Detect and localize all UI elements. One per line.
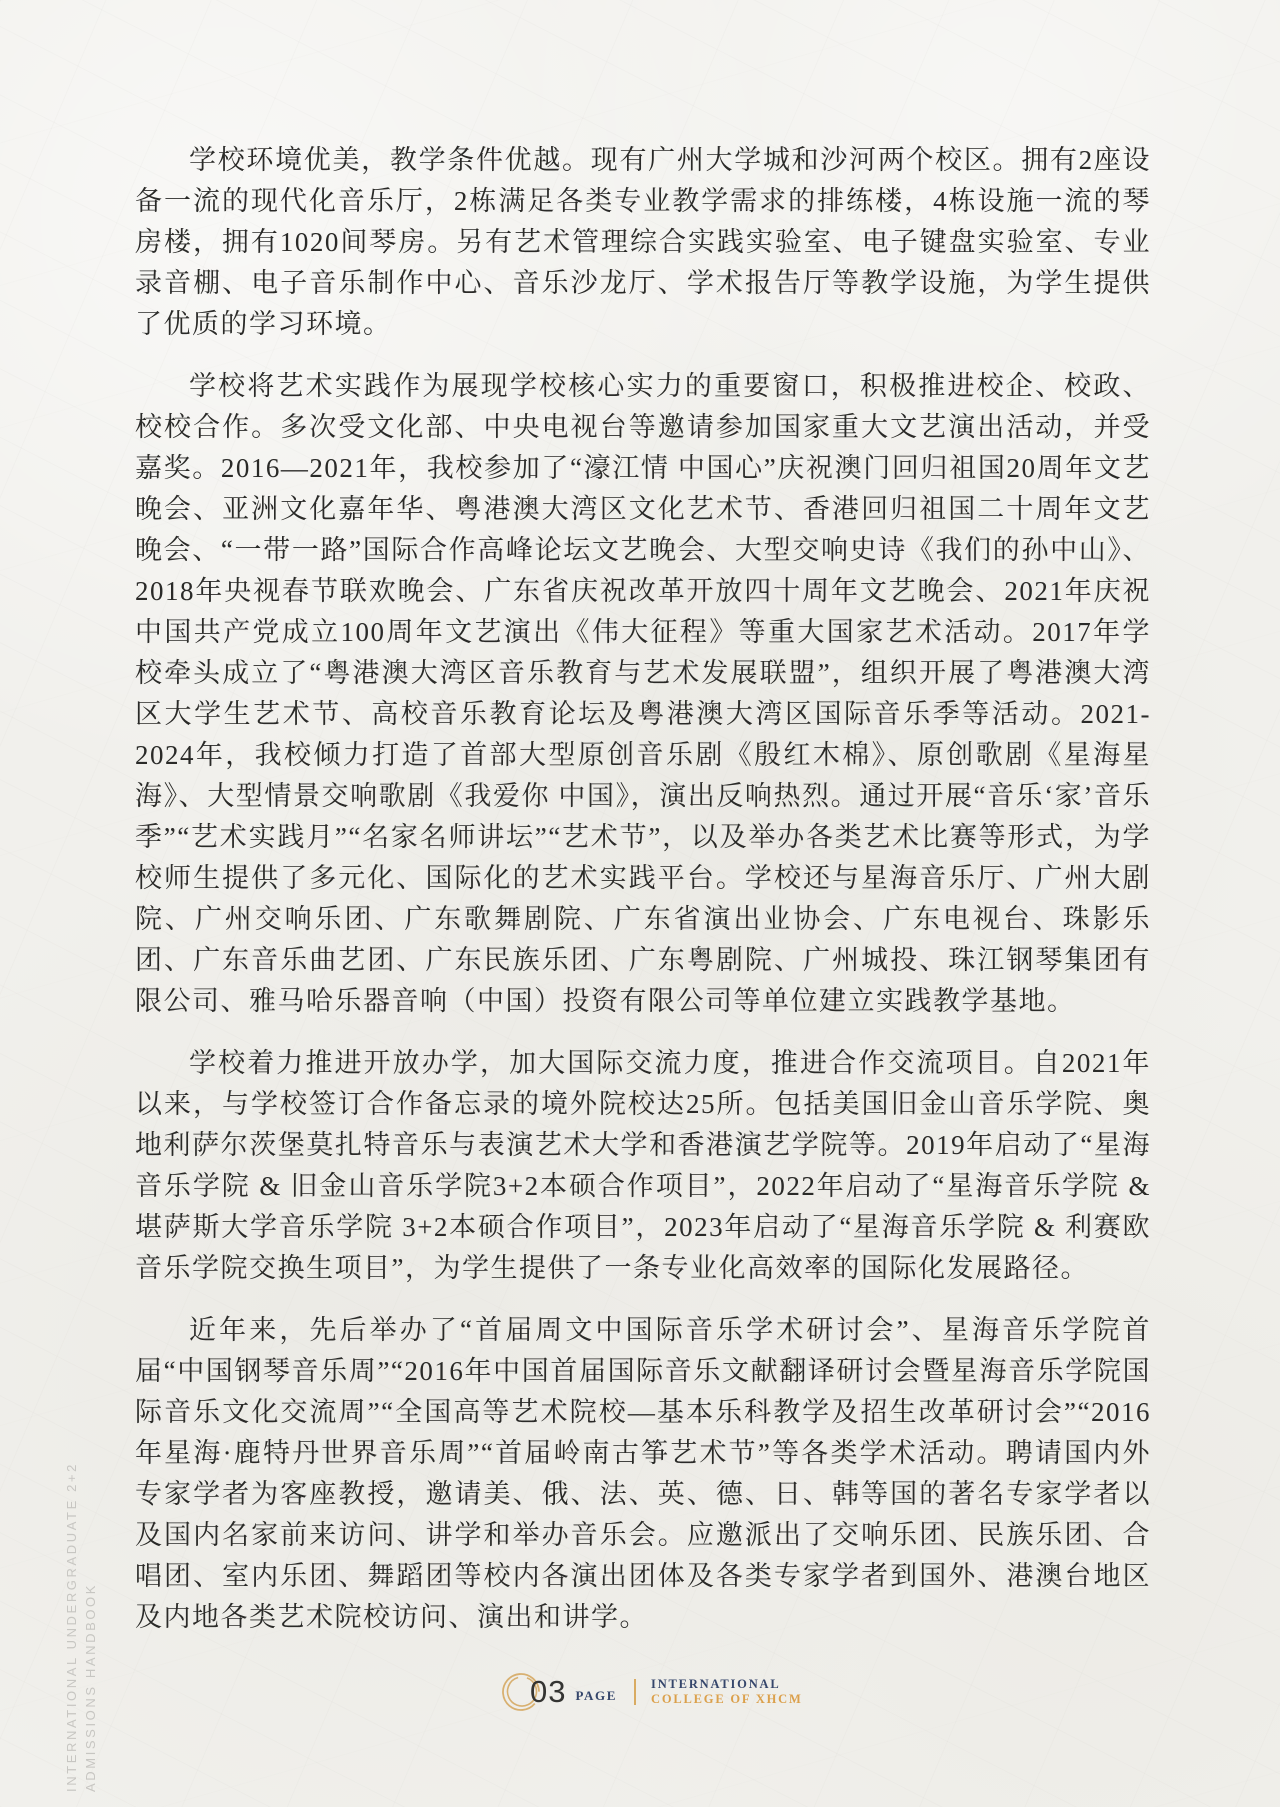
paragraph-art-practice: 学校将艺术实践作为展现学校核心实力的重要窗口，积极推进校企、校政、校校合作。多次… <box>135 366 1151 1022</box>
org-name-line-1: INTERNATIONAL <box>651 1677 780 1691</box>
page-number-label: PAGE <box>575 1688 617 1704</box>
handbook-page: INTERNATIONAL UNDERGRADUATE 2+2 ADMISSIO… <box>0 0 1280 1807</box>
sidebar-vertical-caption: INTERNATIONAL UNDERGRADUATE 2+2 ADMISSIO… <box>62 1462 100 1792</box>
org-name-line-2: COLLEGE OF XHCM <box>651 1692 803 1706</box>
page-number: 03 <box>530 1674 566 1710</box>
sidebar-caption-line-2: ADMISSIONS HANDBOOK <box>81 1462 100 1792</box>
org-name: INTERNATIONAL COLLEGE OF XHCM <box>651 1677 803 1707</box>
page-footer: 03 PAGE INTERNATIONAL COLLEGE OF XHCM <box>500 1668 803 1716</box>
paragraph-academic-events: 近年来，先后举办了“首届周文中国际音乐学术研讨会”、星海音乐学院首届“中国钢琴音… <box>135 1310 1151 1638</box>
paragraph-international-exchange: 学校着力推进开放办学，加大国际交流力度，推进合作交流项目。自2021年以来，与学… <box>135 1043 1151 1289</box>
sidebar-caption-line-1: INTERNATIONAL UNDERGRADUATE 2+2 <box>62 1462 81 1792</box>
page-body-text: 学校环境优美，教学条件优越。现有广州大学城和沙河两个校区。拥有2座设备一流的现代… <box>135 140 1151 1659</box>
footer-divider <box>634 1679 636 1705</box>
paragraph-campus-facilities: 学校环境优美，教学条件优越。现有广州大学城和沙河两个校区。拥有2座设备一流的现代… <box>135 140 1151 345</box>
